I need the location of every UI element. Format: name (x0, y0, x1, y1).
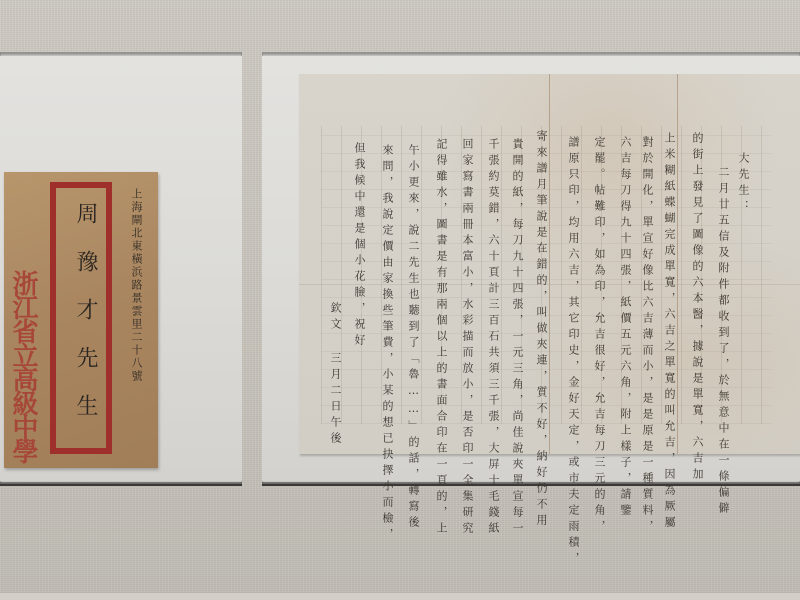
envelope-sender-stamp: 浙江省立高級中學 (10, 270, 36, 462)
envelope-recipient: 周豫才先生 (70, 202, 101, 442)
letter-line: 定罷。帖難印，如為印，允吉很好，允吉每刀三元的角， (591, 136, 607, 536)
letter-line: 午小更來，說二先生也聽到了「魯……」的話，轉寫後 (405, 144, 421, 532)
envelope-address: 上海閘北東橫浜路景雲里二十八號 (128, 188, 144, 383)
letter-fold (549, 74, 550, 454)
letter-line: 來問，我說定價由家換些筆費，小某的想已抉擇小而檢， (379, 144, 395, 544)
display-ledge (0, 592, 800, 600)
letter-line: 記得雖水，圖書是有那兩個以上的書面合印在一頁的，上 (433, 138, 449, 538)
case-edge (0, 484, 242, 486)
letter-line: 千張約莫錯，六十頁計三百石共須三千張，大屏十毛錢紙 (485, 138, 501, 538)
letter-line: 貴開的紙，每刀九十四張，一元三角，尚佳說夾單宣每一 (509, 138, 525, 538)
letter-line: 大先生： (735, 152, 751, 216)
letter-line: 譜原只印，均用六吉，其它印史，金好天定，或市夫定雨積， (565, 136, 581, 568)
letter-fold (677, 74, 678, 454)
letter-line: 二月廿五信及附件都收到了，於無意中在一條偏僻 (715, 166, 731, 518)
letter-line: 對於開化，單宣好像比六吉薄而小，是是原是一種質料， (639, 136, 655, 536)
letter-line: 的街上發見了圖像的六本醫，據說是單寬，六吉加 (689, 132, 705, 484)
letter-line: 六吉每刀得九十四張，紙價五元六角，附上樣子，請鑒 (617, 136, 633, 520)
letter-line: 回家寫書兩冊本富小，水彩描而放小，是否印一全集研究 (459, 138, 475, 538)
letter-signature: 欽文 三月二日午後 (327, 302, 343, 448)
display-case-left: 周豫才先生 上海閘北東橫浜路景雲里二十八號 浙江省立高級中學 (0, 52, 242, 484)
envelope: 周豫才先生 上海閘北東橫浜路景雲里二十八號 浙江省立高級中學 (4, 172, 158, 468)
letter-line: 但我候中還是個小花臉，祝好 (351, 142, 367, 350)
letter-line: 上米糊紙蝶蝴完成單寬，六吉之單寬的叫允吉，因為厥屬 (661, 132, 677, 532)
letter-line: 寄來譜月筆說是在錯的，叫做夾連，質不好，納好仍不用 (533, 130, 549, 530)
handwritten-letter: 大先生： 二月廿五信及附件都收到了，於無意中在一條偏僻 的街上發見了圖像的六本醫… (299, 74, 800, 454)
